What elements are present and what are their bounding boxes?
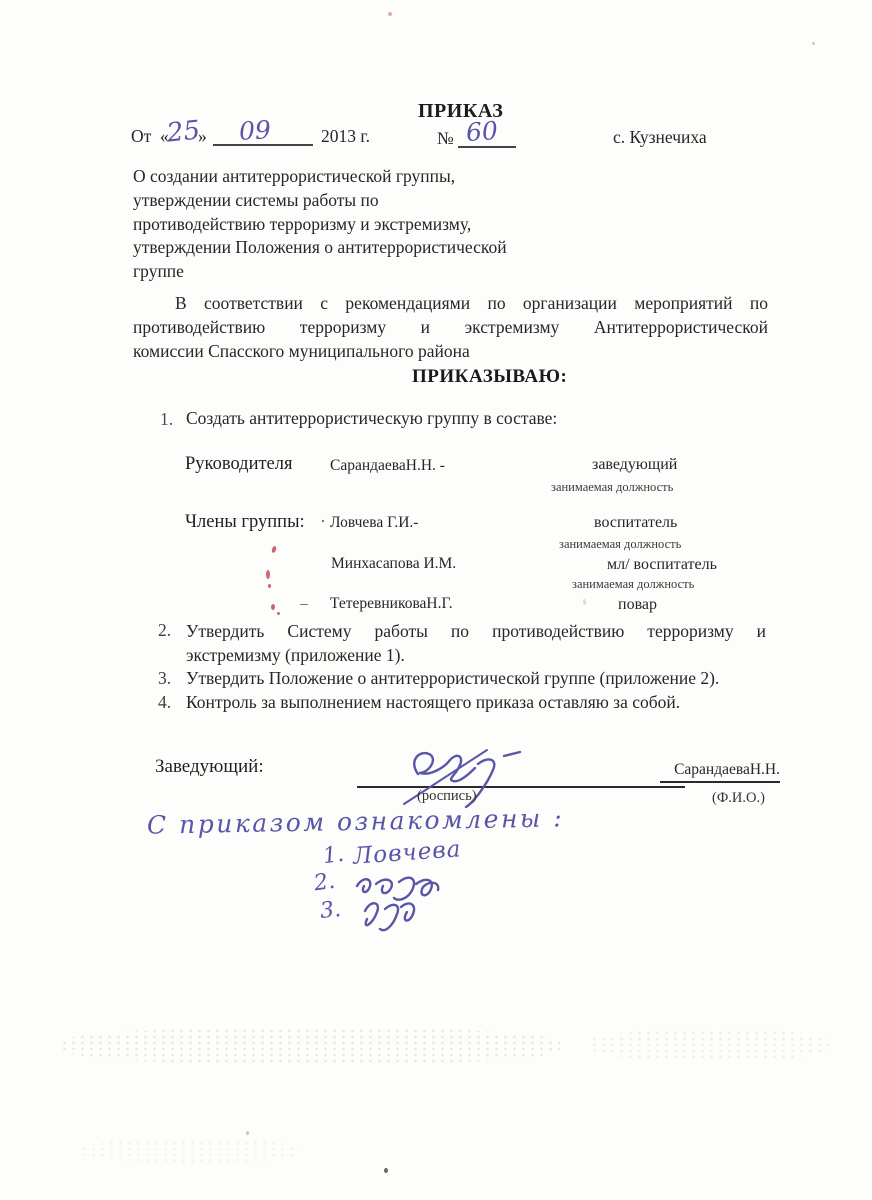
signer-position-label: Заведующий: (155, 756, 264, 778)
red-ink-artifact (271, 604, 275, 610)
member-role: повар (618, 596, 657, 614)
leader-role: заведующий (592, 456, 677, 474)
ack-entry2-number: 2. (312, 869, 336, 897)
date-month-handwritten: 09 (238, 115, 271, 146)
sign-caption: (роспись) (417, 788, 477, 805)
member-role-caption: занимаемая должность (559, 537, 681, 552)
item2-line2: экстремизму (приложение 1). (186, 644, 766, 668)
resolution-word: ПРИКАЗЫВАЮ: (412, 366, 567, 388)
date-day-handwritten: 25 (166, 115, 202, 148)
item4-text: Контроль за выполнением настоящего прика… (186, 692, 680, 713)
preamble-line: комиссии Спасского муниципального района (133, 340, 768, 364)
scan-speck (246, 1131, 249, 1135)
scanned-order-document: ПРИКАЗ От « 25 » 09 2013 г. № 60 с. Кузн… (0, 0, 872, 1200)
subject-line: О создании антитеррористической группы, (133, 165, 633, 189)
members-bullet: · (320, 511, 326, 532)
ack-entry3-number: 3. (319, 897, 342, 924)
number-sign: № (437, 128, 454, 149)
date-year: 2013 г. (321, 126, 370, 147)
subject-line: группе (133, 260, 633, 284)
red-ink-artifact (388, 12, 392, 16)
subject-line: утверждении системы работы по (133, 189, 633, 213)
scan-noise-band (590, 1030, 830, 1060)
signer-name: СарандаеваН.Н. (660, 761, 780, 783)
scan-noise-band (60, 1028, 560, 1064)
scan-speck (583, 599, 586, 605)
ack-entry3-signature-scribble (355, 893, 425, 935)
red-ink-artifact (277, 612, 280, 615)
subject-line: противодействию терроризму и экстремизму… (133, 213, 633, 237)
scan-speck (384, 1168, 388, 1173)
subject-block: О создании антитеррористической группы, … (133, 165, 633, 284)
member-role: мл/ воспитатель (607, 556, 717, 574)
preamble: В соответствии с рекомендациями по орган… (133, 292, 768, 363)
item3-text: Утвердить Положение о антитеррористическ… (186, 668, 719, 689)
item2-text: Утвердить Систему работы по противодейст… (186, 620, 766, 668)
leader-name: СарандаеваН.Н. - (330, 457, 445, 475)
ack-entry1-number: 1. (322, 842, 346, 869)
leader-role-caption: занимаемая должность (551, 480, 673, 495)
members-label: Члены группы: (185, 512, 305, 533)
scan-noise-band (80, 1140, 300, 1162)
number-handwritten: 60 (465, 116, 499, 147)
item2-number: 2. (158, 620, 171, 641)
date-prefix: От (131, 126, 151, 147)
member-name: ТетеревниковаН.Г. (330, 595, 453, 613)
red-ink-artifact (266, 570, 270, 579)
member-name: Минхасапова И.М. (331, 555, 456, 573)
item4-number: 4. (158, 692, 171, 713)
member-dash: _ (300, 590, 308, 608)
acknowledgement-line-handwritten: С приказом ознакомлены : (147, 803, 565, 839)
subject-line: утверждении Положения о антитеррористиче… (133, 236, 633, 260)
leader-label: Руководителя (185, 454, 293, 475)
item1-number: 1. (160, 409, 173, 430)
member-role-caption: занимаемая должность (572, 577, 694, 592)
member-name: Ловчева Г.И.- (330, 514, 418, 532)
ack-entry1-signature: Ловчева (352, 836, 462, 870)
red-ink-artifact (271, 546, 277, 554)
scan-speck (812, 42, 815, 45)
item2-line1: Утвердить Систему работы по противодейст… (186, 620, 766, 644)
item3-number: 3. (158, 668, 171, 689)
signer-name-caption: (Ф.И.О.) (712, 790, 765, 807)
close-quote: » (198, 126, 207, 147)
preamble-line: противодействию терроризму и экстремизму… (133, 316, 768, 340)
member-role: воспитатель (594, 514, 677, 532)
item1-text: Создать антитеррористическую группу в со… (186, 408, 557, 429)
place-name: с. Кузнечиха (613, 127, 707, 148)
preamble-line: В соответствии с рекомендациями по орган… (133, 292, 768, 316)
red-ink-artifact (268, 584, 271, 588)
